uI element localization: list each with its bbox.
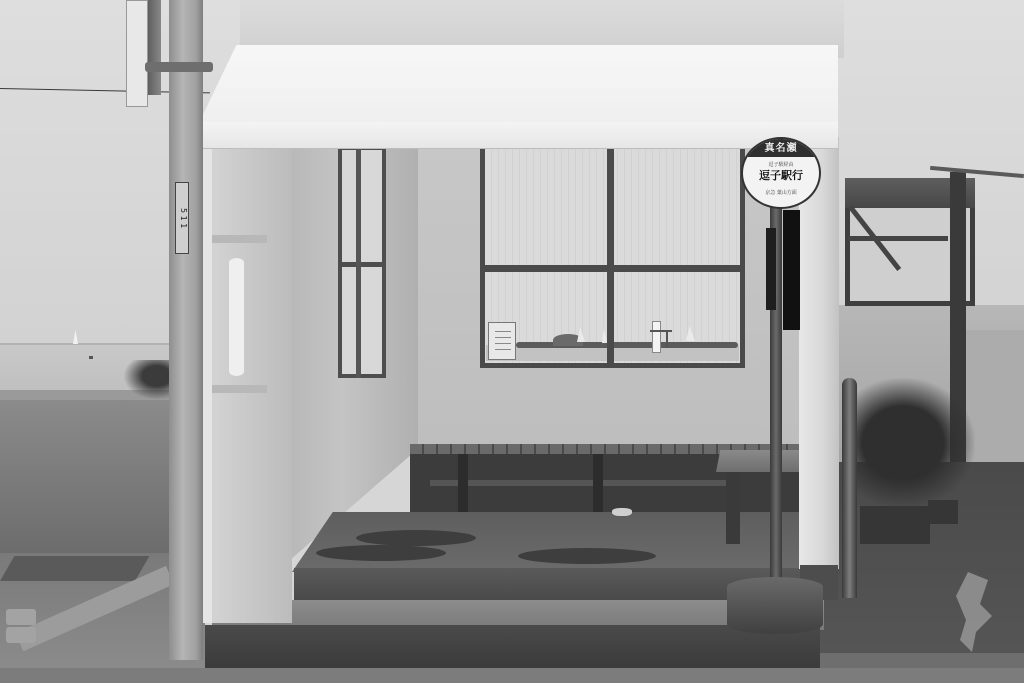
litter [612,508,632,516]
bench-leg [593,454,603,514]
shelter-left-edge [202,148,212,623]
pavement [0,668,1024,683]
timetable-board [783,210,800,330]
planter [860,506,930,544]
pole-bracket [145,62,213,72]
destination: 逗子駅行 [743,167,819,183]
side-window-mullion [356,146,361,378]
window-mullion [607,140,614,368]
wall-ledge [212,385,267,393]
planter [928,500,958,524]
breakwater [516,342,738,348]
bench-rail [430,480,730,486]
drain-plate [0,556,149,581]
buoy [89,356,93,359]
side-window-transom [338,262,386,267]
lower-step [205,625,820,671]
sign-pole [147,0,161,95]
side-bench-leg [726,472,740,544]
shed-bar [848,236,948,241]
photo-scene: 5 1 1 真名瀬 逗子駅経由 逗子駅行 京急 葉山方面 [0,0,1024,683]
concrete-base [727,577,823,634]
bench-leg [458,454,468,514]
bus-stop-sign: 真名瀬 逗子駅経由 逗子駅行 京急 葉山方面 [741,137,821,209]
floor-stain [356,530,476,546]
utility-pole [169,0,203,660]
awning-valance [198,122,838,149]
stop-name: 真名瀬 [743,139,819,157]
pole-number-tag: 5 1 1 [175,182,189,254]
curb-stone [6,627,36,643]
sea-wall [0,390,170,555]
torii-gate [650,330,672,332]
wall-ledge [212,235,267,243]
floor-stain [316,545,446,561]
potted-plants [855,378,975,508]
operator-label: 京急 葉山方面 [743,189,819,196]
pine-tree [123,360,171,400]
floor-stain [518,548,656,564]
bollard [842,378,857,598]
lighthouse [652,321,661,353]
timetable-board [766,228,776,310]
side-bench [716,450,802,472]
road-sign [126,0,148,107]
horizon [0,343,175,345]
slit-window [229,258,244,376]
posted-notice [488,322,516,360]
awning [198,45,838,125]
torii-gate-leg [666,330,668,348]
curb-stone [6,609,36,625]
